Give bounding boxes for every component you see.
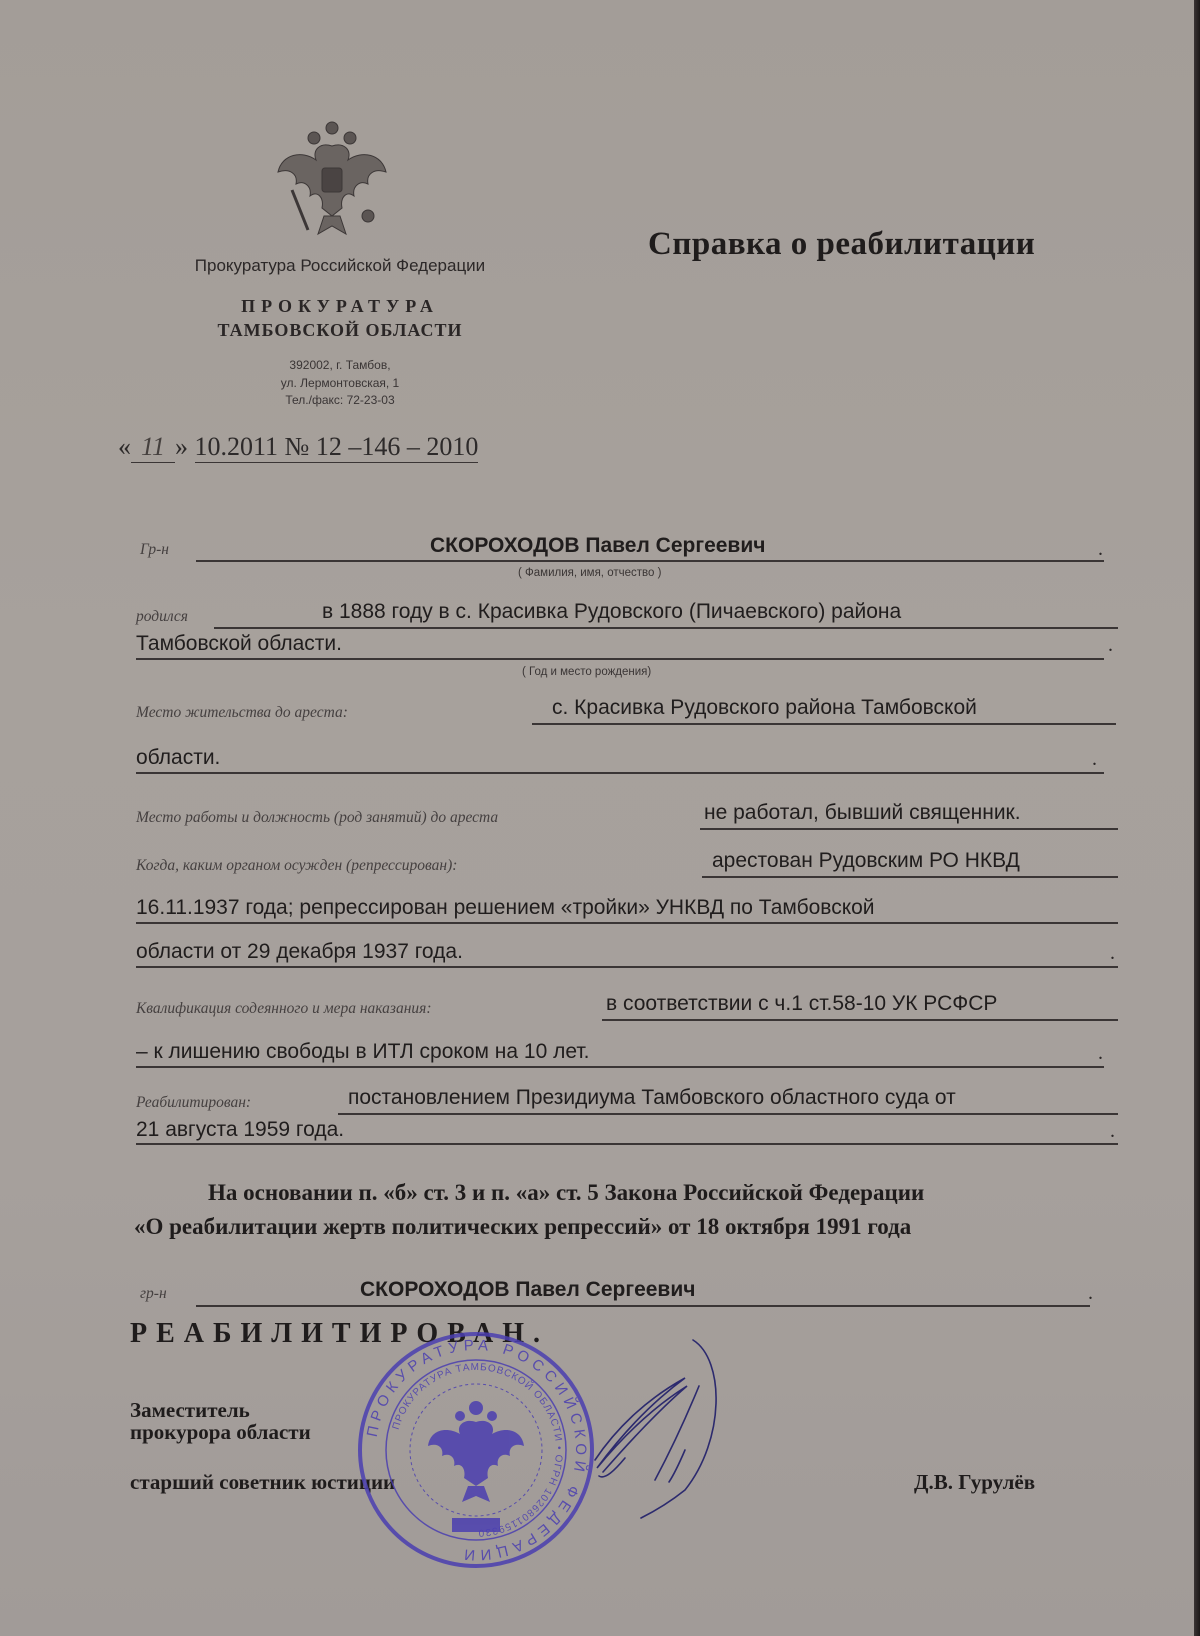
citizen-label: Гр-н (140, 541, 169, 559)
residence-value-line1: с. Красивка Рудовского района Тамбовской (552, 696, 977, 720)
date-quote-close: » (175, 432, 188, 461)
occupation-label: Место работы и должность (род занятий) д… (136, 809, 498, 827)
birth-rule-1 (214, 627, 1118, 629)
sentencing-value-line3: области от 29 декабря 1937 года. (136, 940, 463, 964)
sentencing-rule-3 (136, 966, 1118, 968)
line-end-dot: . (1092, 748, 1097, 771)
sentencing-rule-2 (136, 922, 1118, 924)
citizen-name: СКОРОХОДОВ Павел Сергеевич (430, 534, 765, 558)
date-and-reg-number: 10.2011 № 12 –146 – 2010 (195, 432, 479, 463)
signatory-position-line2: прокурора области (130, 1420, 311, 1445)
citizen-rule (196, 560, 1104, 562)
address-line2: ул. Лермонтовская, 1 (150, 376, 530, 390)
occupation-value: не работал, бывший священник. (704, 801, 1021, 825)
legal-basis-line1: На основании п. «б» ст. 3 и п. «а» ст. 5… (208, 1180, 924, 1206)
citizen-repeat-rule (196, 1305, 1090, 1307)
document-title: Справка о реабилитации (648, 226, 1035, 263)
date-quote-open: « (118, 432, 131, 461)
sentencing-value-line2: 16.11.1937 года; репрессирован решением … (136, 896, 875, 920)
birth-value-line1: в 1888 году в с. Красивка Рудовского (Пи… (322, 600, 901, 624)
official-stamp: ПРОКУРАТУРА РОССИЙСКОЙ ФЕДЕРАЦИИ ПРОКУРА… (356, 1330, 596, 1570)
date-day-handwritten: 11 (131, 432, 175, 463)
birth-caption: ( Год и место рождения) (522, 666, 651, 678)
rehabilitated-value-line1: постановлением Президиума Тамбовского об… (348, 1086, 956, 1110)
org-name-line2: ТАМБОВСКОЙ ОБЛАСТИ (150, 320, 530, 341)
line-end-dot: . (1108, 634, 1113, 657)
sentencing-label: Когда, каким органом осужден (репрессиро… (136, 857, 457, 875)
signatory-name: Д.В. Гурулёв (914, 1470, 1035, 1495)
photo-edge-shadow (1194, 0, 1200, 1636)
qualification-label: Квалификация содеянного и мера наказания… (136, 1000, 432, 1018)
residence-rule-1 (532, 723, 1116, 725)
document-date-number: «11» 10.2011 № 12 –146 – 2010 (118, 432, 478, 463)
address-phone: Тел./факс: 72-23-03 (150, 393, 530, 407)
birth-value-line2: Тамбовской области. (136, 632, 342, 656)
citizen-caption: ( Фамилия, имя, отчество ) (518, 567, 661, 579)
org-name-line1: ПРОКУРАТУРА (150, 296, 530, 317)
rehabilitated-rule-1 (338, 1113, 1118, 1115)
line-end-dot: . (1110, 1120, 1115, 1143)
occupation-rule (700, 828, 1118, 830)
rehabilitated-rule-2 (136, 1143, 1118, 1145)
document-page: Прокуратура Российской Федерации ПРОКУРА… (0, 0, 1194, 1636)
line-end-dot: . (1110, 942, 1115, 965)
qualification-value-line1: в соответствии с ч.1 ст.58-10 УК РСФСР (606, 992, 997, 1016)
address-line1: 392002, г. Тамбов, (150, 358, 530, 372)
residence-label: Место жительства до ареста: (136, 704, 348, 722)
org-federal-name: Прокуратура Российской Федерации (150, 256, 530, 276)
qualification-rule-1 (602, 1019, 1118, 1021)
sentencing-rule-1 (702, 876, 1118, 878)
qualification-value-line2: – к лишению свободы в ИТЛ сроком на 10 л… (136, 1040, 589, 1064)
line-end-dot: . (1098, 538, 1103, 561)
birth-label: родился (136, 608, 188, 626)
line-end-dot: . (1098, 1042, 1103, 1065)
double-headed-eagle-icon (272, 120, 392, 238)
citizen-repeat-name: СКОРОХОДОВ Павел Сергеевич (360, 1278, 695, 1302)
sentencing-value-line1: арестован Рудовским РО НКВД (712, 849, 1020, 873)
rehabilitated-label: Реабилитирован: (136, 1094, 251, 1112)
legal-basis-line2: «О реабилитации жертв политических репре… (134, 1214, 911, 1240)
line-end-dot: . (1088, 1282, 1093, 1305)
stamp-eagle-icon (428, 1401, 524, 1532)
citizen-repeat-label: гр-н (140, 1285, 167, 1303)
rehabilitated-value-line2: 21 августа 1959 года. (136, 1118, 344, 1142)
residence-value-line2: области. (136, 746, 220, 770)
handwritten-signature (575, 1330, 735, 1520)
qualification-rule-2 (136, 1066, 1104, 1068)
residence-rule-2 (136, 772, 1104, 774)
birth-rule-2 (136, 658, 1104, 660)
